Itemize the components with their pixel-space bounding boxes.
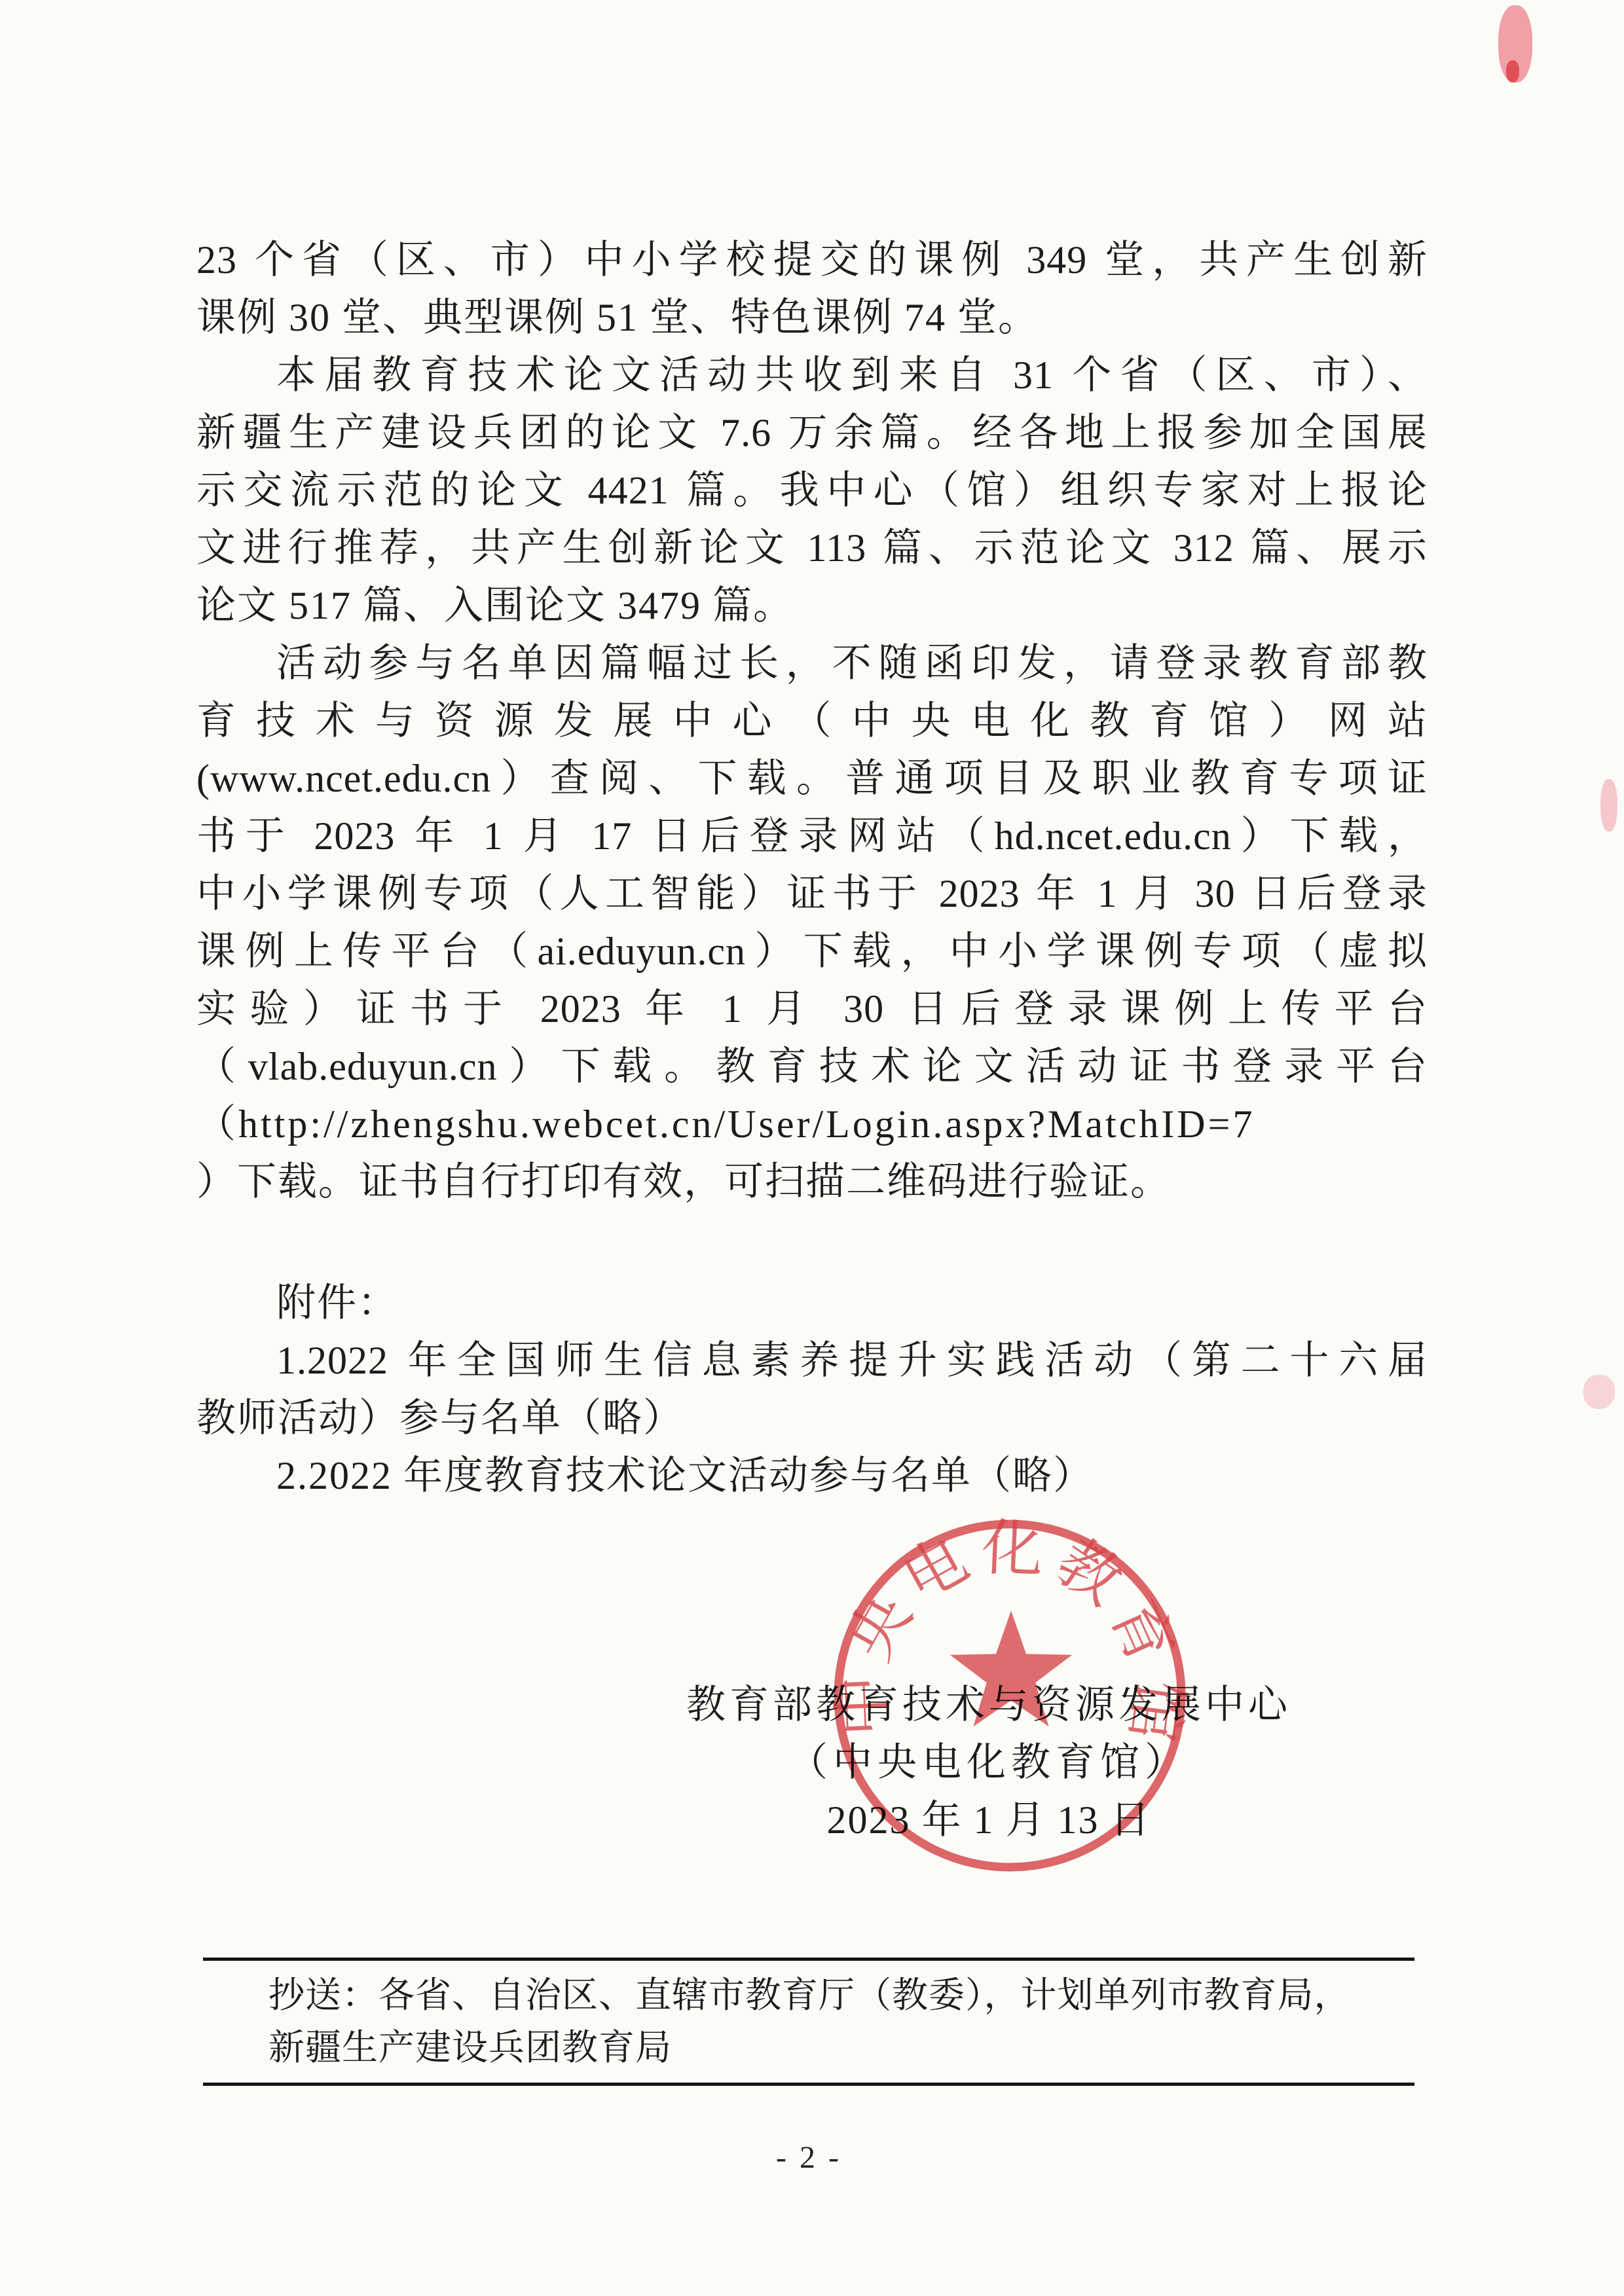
cc-line-1: 抄送：各省、自治区、直辖市教育厅（教委），计划单列市教育局， [268, 1976, 1428, 2015]
signature-block: 教育部教育技术与资源发展中心 （中央电化教育馆） 2023 年 1 月 13 日 [668, 1676, 1310, 1849]
signature-org: 教育部教育技术与资源发展中心 [668, 1676, 1310, 1734]
letter-body: 23 个省（区、市）中小学校提交的课例 349 堂，共产生创新 课例 30 堂、… [196, 231, 1428, 1211]
attachments-label: 附件： [196, 1274, 1428, 1332]
body-line: （vlab.eduyun.cn）下载。教育技术论文活动证书登录平台 [196, 1038, 1428, 1095]
body-line: 中小学课例专项（人工智能）证书于 2023 年 1 月 30 日后登录 [196, 865, 1428, 922]
cc-line-2: 新疆生产建设兵团教育局 [268, 2028, 1428, 2068]
body-line: (www.ncet.edu.cn）查阅、下载。普通项目及职业教育专项证 [196, 750, 1428, 807]
body-line: 书于 2023 年 1 月 17 日后登录网站（hd.ncet.edu.cn）下… [196, 807, 1428, 865]
attachment-item-1-continuation: 教师活动）参与名单（略） [196, 1389, 1428, 1447]
body-line: 实验）证书于 2023 年 1 月 30 日后登录课例上传平台 [196, 980, 1428, 1038]
ink-smudge [1583, 1375, 1615, 1409]
body-line: 课例上传平台（ai.eduyun.cn）下载，中小学课例专项（虚拟 [196, 922, 1428, 980]
ink-smudge [1506, 60, 1519, 82]
body-line: 活动参与名单因篇幅过长，不随函印发，请登录教育部教 [196, 634, 1428, 692]
body-line: 本届教育技术论文活动共收到来自 31 个省（区、市）、 [196, 346, 1428, 404]
body-line-url: （http://zhengshu.webcet.cn/User/Login.as… [196, 1095, 1428, 1153]
body-line: ）下载。证书自行打印有效，可扫描二维码进行验证。 [196, 1153, 1428, 1211]
document-page: 23 个省（区、市）中小学校提交的课例 349 堂，共产生创新 课例 30 堂、… [0, 0, 1624, 2296]
signature-org-alt: （中央电化教育馆） [668, 1734, 1310, 1791]
footer-rule-top [203, 1958, 1414, 1961]
signature-date: 2023 年 1 月 13 日 [668, 1791, 1310, 1849]
body-line: 示交流示范的论文 4421 篇。我中心（馆）组织专家对上报论 [196, 462, 1428, 519]
body-line: 课例 30 堂、典型课例 51 堂、特色课例 74 堂。 [196, 289, 1428, 346]
footer-rule-bottom [203, 2083, 1414, 2086]
body-line: 23 个省（区、市）中小学校提交的课例 349 堂，共产生创新 [196, 231, 1428, 289]
attachments-section: 附件： 1.2022 年全国师生信息素养提升实践活动（第二十六届 教师活动）参与… [196, 1274, 1428, 1504]
attachment-item-1: 1.2022 年全国师生信息素养提升实践活动（第二十六届 [196, 1332, 1428, 1389]
page-number: - 2 - [0, 2140, 1617, 2176]
body-line: 论文 517 篇、入围论文 3479 篇。 [196, 577, 1428, 634]
ink-smudge [1600, 779, 1617, 831]
body-line: 育技术与资源发展中心（中央电化教育馆）网站 [196, 692, 1428, 750]
attachment-item-2: 2.2022 年度教育技术论文活动参与名单（略） [196, 1447, 1428, 1504]
body-line: 新疆生产建设兵团的论文 7.6 万余篇。经各地上报参加全国展 [196, 404, 1428, 462]
body-line: 文进行推荐，共产生创新论文 113 篇、示范论文 312 篇、展示 [196, 519, 1428, 577]
